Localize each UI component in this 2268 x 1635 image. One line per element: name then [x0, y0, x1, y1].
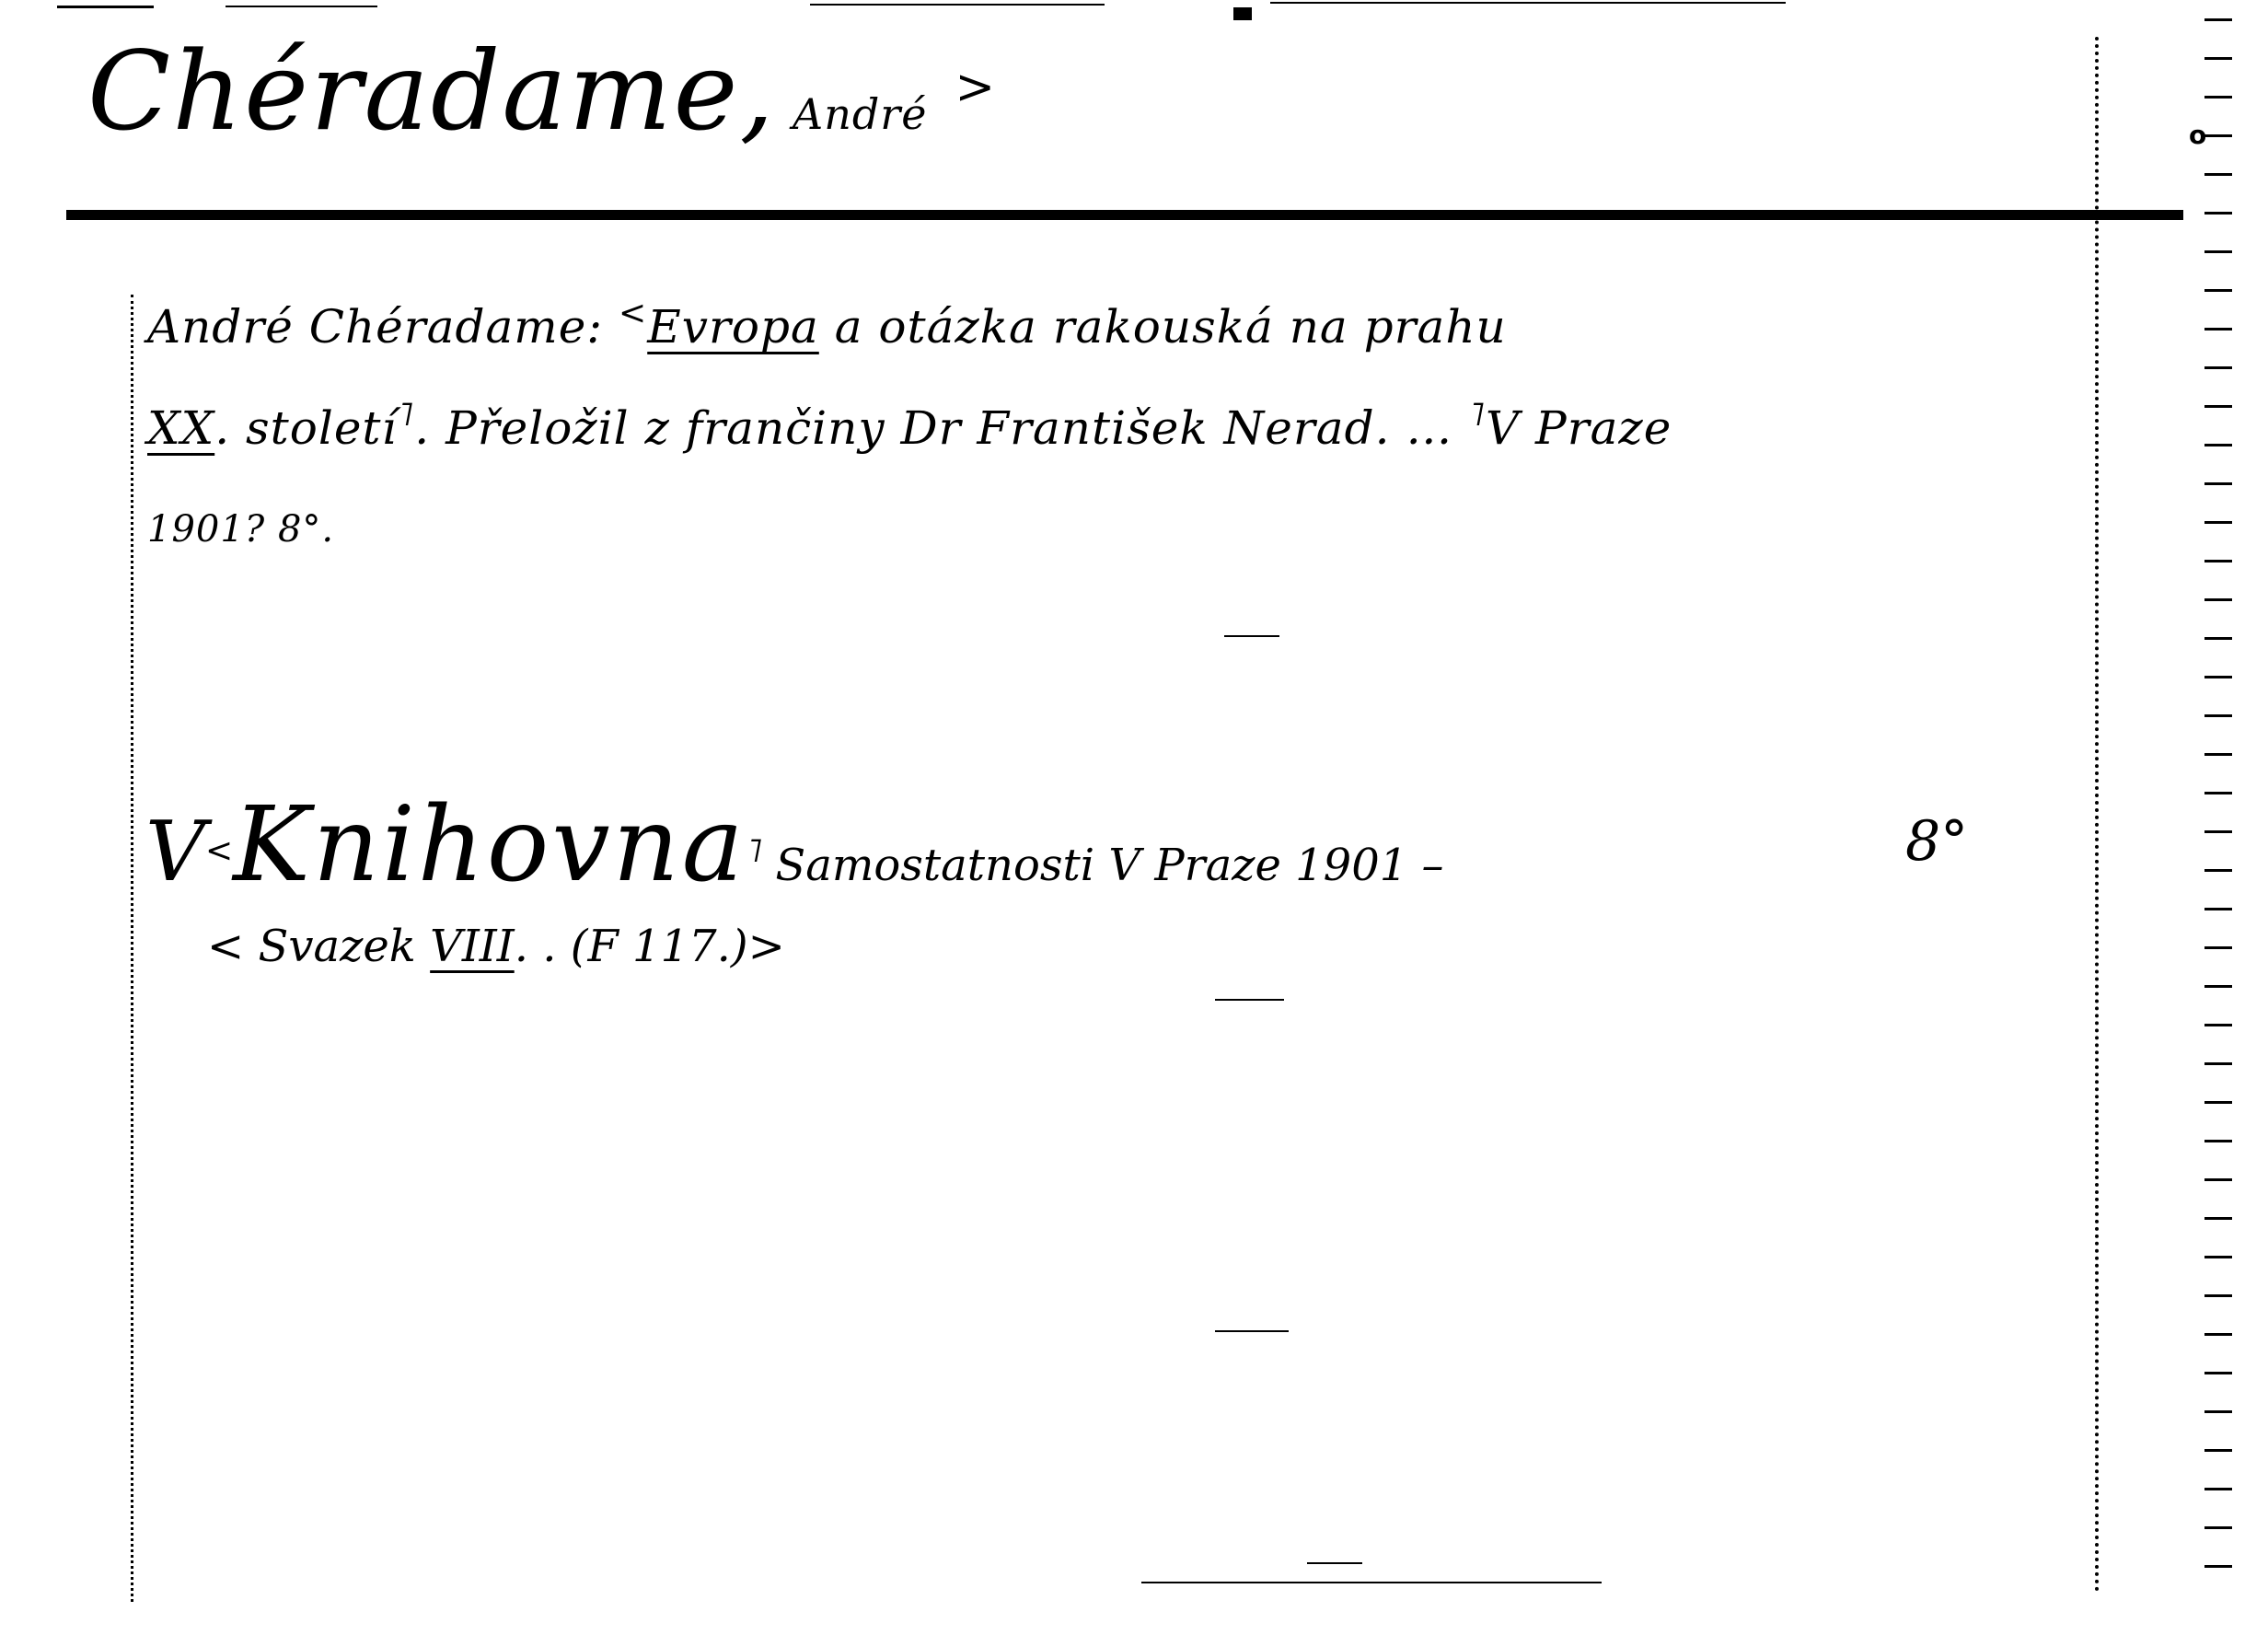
entry-century: XX	[147, 401, 214, 455]
entry-place: V Praze	[1486, 401, 1672, 455]
entry-title-start: Evropa	[647, 300, 819, 354]
heading-separator: ,	[739, 28, 776, 155]
scan-speck	[1141, 1582, 1602, 1583]
entry-century-text: . století	[214, 401, 397, 455]
entry-line-1: André Chéradame: <Evropa a otázka rakous…	[147, 304, 1507, 350]
scan-speck	[1215, 999, 1284, 1001]
left-margin-dots	[131, 295, 133, 1602]
holding-line: V<Knihovna˥Samostatnosti V Praze 1901 – …	[145, 794, 1444, 897]
scan-noise	[1233, 7, 1252, 20]
heading-rule	[66, 210, 2183, 220]
entry-title-rest: a otázka rakouská na prahu	[819, 300, 1507, 354]
volume-number: VIII	[430, 921, 515, 972]
entry-open-mark: <	[619, 295, 647, 332]
edge-scan-marks	[2204, 18, 2232, 1602]
holding-format: 8°	[1905, 814, 1968, 869]
scan-noise	[1270, 2, 1786, 4]
holding-series-title: Knihovna	[233, 785, 746, 905]
entry-open-mark-2: ˥	[1468, 396, 1486, 434]
entry-line-2: XX. století˥. Přeložil z frančiny Dr Fra…	[147, 405, 1672, 451]
scan-noise	[810, 4, 1105, 6]
entry-line-3: 1901? 8°.	[147, 511, 334, 548]
volume-label: Svazek	[258, 921, 415, 972]
catalog-card: Chéradame,André> o André Chéradame: <Evr…	[0, 0, 2268, 1635]
volume-open-mark: <	[207, 921, 244, 972]
entry-colon: :	[586, 300, 603, 354]
entry-format: 8°.	[278, 508, 334, 551]
scan-noise	[226, 6, 377, 7]
holding-rest: Samostatnosti V Praze 1901 –	[775, 840, 1443, 891]
entry-year: 1901	[147, 508, 245, 551]
heading: Chéradame,André>	[87, 37, 997, 145]
holding-open-mark: <	[205, 832, 233, 870]
scan-speck	[1224, 635, 1279, 637]
scan-noise	[57, 6, 154, 8]
entry-close-mark: ˥	[398, 396, 415, 434]
entry-translator: Dr František Nerad	[901, 401, 1375, 455]
scan-speck	[1215, 1330, 1289, 1332]
heading-surname: Chéradame	[87, 28, 739, 155]
holding-prefix: V	[145, 804, 205, 900]
volume-line: < Svazek VIII. . (F 117.)>	[207, 921, 785, 972]
entry-translator-note: . Přeložil z frančiny	[414, 401, 900, 455]
heading-given-name: André	[793, 89, 928, 139]
entry-ellipsis: . …	[1375, 401, 1469, 455]
entry-author: André Chéradame	[147, 300, 586, 354]
volume-close-mark: >	[748, 921, 785, 972]
volume-separator: . .	[515, 921, 571, 972]
entry-year-mark: ?	[245, 508, 265, 551]
right-margin-dots	[2095, 37, 2099, 1593]
heading-close-mark: >	[955, 60, 998, 115]
scan-speck	[1307, 1562, 1362, 1564]
volume-shelfmark: (F 117.)	[571, 921, 748, 972]
holding-close-mark: ˥	[746, 832, 763, 870]
